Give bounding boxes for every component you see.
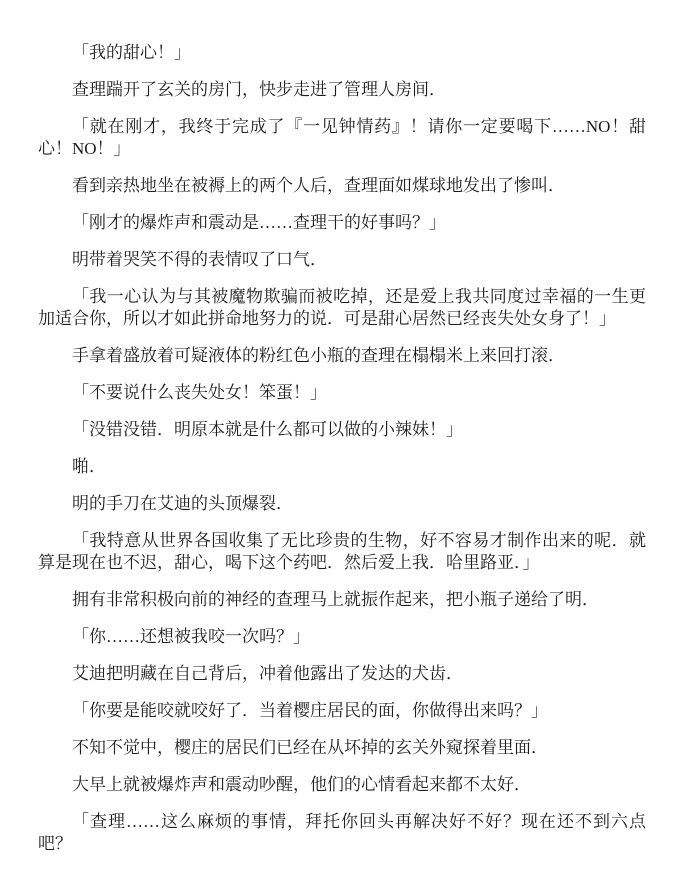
paragraph: 「我特意从世界各国收集了无比珍贵的生物，好不容易才制作出来的呢．就算是现在也不迟… xyxy=(38,530,646,574)
paragraph: 手拿着盛放着可疑液体的粉红色小瓶的查理在榻榻米上来回打滚． xyxy=(38,345,646,367)
paragraph: 啪． xyxy=(38,456,646,478)
document-page: 「我的甜心！」 查理踹开了玄关的房门，快步走进了管理人房间． 「就在刚才，我终于… xyxy=(0,0,680,880)
paragraph: 「不要说什么丧失处女！笨蛋！」 xyxy=(38,382,646,404)
paragraph: 明带着哭笑不得的表情叹了口气． xyxy=(38,249,646,271)
paragraph: 大早上就被爆炸声和震动吵醒，他们的心情看起来都不太好． xyxy=(38,774,646,796)
paragraph: 「刚才的爆炸声和震动是……查理干的好事吗？」 xyxy=(38,212,646,234)
paragraph: 艾迪把明藏在自己背后，冲着他露出了发达的犬齿． xyxy=(38,663,646,685)
paragraph: 「你……还想被我咬一次吗？」 xyxy=(38,626,646,648)
paragraph: 明的手刀在艾迪的头顶爆裂． xyxy=(38,493,646,515)
paragraph: 「我的甜心！」 xyxy=(38,42,646,64)
paragraph: 「你要是能咬就咬好了．当着樱庄居民的面，你做得出来吗？」 xyxy=(38,700,646,722)
paragraph: 不知不觉中，樱庄的居民们已经在从坏掉的玄关外窥探着里面． xyxy=(38,737,646,759)
paragraph: 「就在刚才，我终于完成了『一见钟情药』！请你一定要喝下……NO！甜心！NO！」 xyxy=(38,116,646,160)
paragraph: 看到亲热地坐在被褥上的两个人后，查理面如煤球地发出了惨叫． xyxy=(38,175,646,197)
paragraph: 「查理……这么麻烦的事情，拜托你回头再解决好不好？现在还不到六点吧？ xyxy=(38,811,646,855)
paragraph: 「没错没错．明原本就是什么都可以做的小辣妹！」 xyxy=(38,419,646,441)
paragraph: 「我一心认为与其被魔物欺骗而被吃掉，还是爱上我共同度过幸福的一生更加适合你，所以… xyxy=(38,286,646,330)
paragraph: 拥有非常积极向前的神经的查理马上就振作起来，把小瓶子递给了明． xyxy=(38,589,646,611)
paragraph: 查理踹开了玄关的房门，快步走进了管理人房间． xyxy=(38,79,646,101)
